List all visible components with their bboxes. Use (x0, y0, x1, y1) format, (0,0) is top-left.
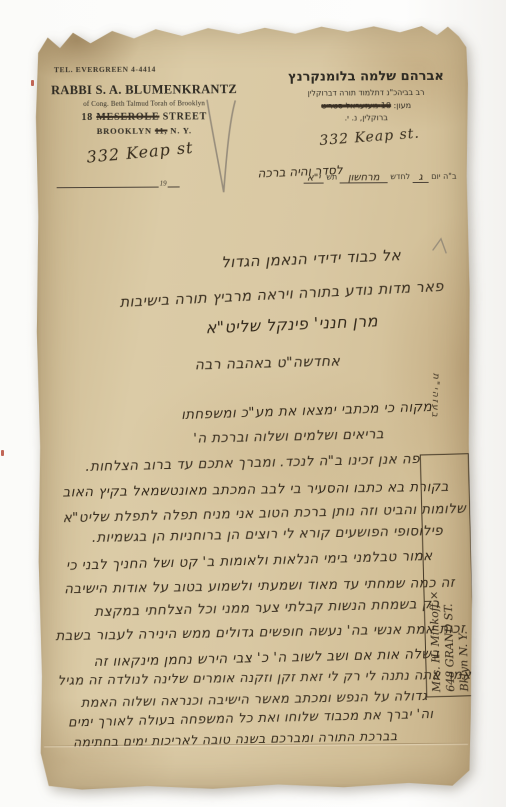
state-abbrev: N. Y. (170, 125, 192, 135)
handwritten-address-hebrew: 332 Keap st. (319, 125, 420, 149)
date-prefix: ב"ה יום (431, 172, 456, 181)
date-day-blank: ג (413, 171, 429, 183)
date-month-blank: מרחשון (340, 171, 388, 183)
handwritten-address-english: 332 Keap st (86, 138, 194, 167)
body-line: פילוסופי הפושעים קורא לי רוצים הן ברוחני… (91, 523, 443, 546)
city-name: BROOKLYN (97, 126, 152, 136)
date-blank-segment (168, 174, 180, 187)
street-number: 18 (81, 112, 93, 123)
scanned-letter-page: { "letterhead_en": { "tel": "TEL. EVERGR… (0, 0, 506, 807)
struck-address-hebrew: 18 מעזעראל סטריט (321, 101, 391, 110)
body-line: בקורת בא כתבו והסעיר בי לבב המכתב מאונטש… (62, 479, 449, 501)
address-line-hebrew: מעון: 18 מעזעראל סטריט (276, 101, 456, 111)
pencil-caret-mark (431, 237, 451, 257)
struck-postal-zone: 11, (155, 126, 168, 136)
body-line: רק בשמחת הנשות קבלתי צער ממני וכל הצלחתי… (94, 596, 440, 620)
rabbi-name-hebrew: אברהם שלמה בלומנקרנץ (276, 69, 456, 85)
body-line: מקוה כי מכתבי ימצאו את מע"כ ומשפחתו (181, 399, 433, 423)
city-line-hebrew: ברוקלין, נ. י. (276, 113, 456, 123)
minkoff-address-box: Mrs. H. Minkoff × 648 GRAND ST. Bklyn N.… (420, 453, 475, 697)
closing-line: וה' יברך את מכבוד שלוחו ואת כל המשפחה בע… (68, 707, 434, 731)
address-box-text: Mrs. H. Minkoff × 648 GRAND ST. Bklyn N.… (423, 459, 471, 692)
scan-speck-artifact (1, 450, 4, 456)
body-line: זכות אמת אנשי בה' נעשה חופשים גדולים ממש… (56, 621, 466, 645)
body-line: בשלה אות אם ושב לשוב ה' כ' צבי הירש נחמן… (93, 646, 439, 670)
greeting-line: אל כבוד ידידי הנאמן הגדול (221, 246, 401, 271)
paper-surface: TEL. EVERGREEN 4-4414 RABBI S. A. BLUMEN… (34, 23, 475, 792)
handwritten-day: ג (419, 172, 423, 183)
closing-line: בברכת התורה ומברכם בשנה טובה לאריכות ימי… (73, 728, 398, 750)
letterhead-hebrew: אברהם שלמה בלומנקרנץ רב בביהכ"נ דתלמוד ת… (276, 69, 456, 123)
paper: TEL. EVERGREEN 4-4414 RABBI S. A. BLUMEN… (34, 23, 475, 792)
body-line: אמור טבלמני בימי הנלאות ולאומות ב' קט וש… (66, 548, 433, 574)
struck-street-name: MESEROLE (96, 112, 159, 123)
body-line: שלומות והביט וזה נותן ברכת הטוב אני מניח… (63, 501, 467, 527)
address-label-hebrew: מעון: (394, 101, 412, 110)
body-line: בריאים ושלמים ושלוה וברכת ה' (193, 426, 384, 446)
salutation-line: אחדשה"ט באהבה רבה (194, 353, 340, 373)
pencil-checkmark (200, 94, 239, 202)
handwritten-month: מרחשון (348, 172, 380, 183)
date-month-label: לחדש (390, 172, 410, 181)
greeting-line: פאר מדות נודע בתורה ויראה מרביץ תורה ביש… (119, 279, 444, 311)
congregation-line-hebrew: רב בביהכ"נ דתלמוד תורה דברוקלין (276, 88, 456, 98)
addressee-name-line: מרן חנני' פינקל שליט"א (205, 311, 378, 337)
date-blank-segment (57, 175, 159, 189)
scan-speck-artifact (31, 80, 34, 86)
body-line: פה אנן זכינו ב"ה לנכד. ומברך אתכם עד ברו… (86, 451, 421, 475)
gregorian-date-line: 19 (57, 174, 180, 188)
year-19: 19 (159, 180, 168, 188)
body-line: אמר אתה נתנה לי רק לי זאת זקן וזקנה אומר… (58, 668, 472, 689)
telephone-line: TEL. EVERGREEN 4-4414 (54, 65, 156, 75)
body-line: זה כמה שמחתי עד מאוד ושמעתי ולשמוע בטוב … (64, 575, 455, 597)
